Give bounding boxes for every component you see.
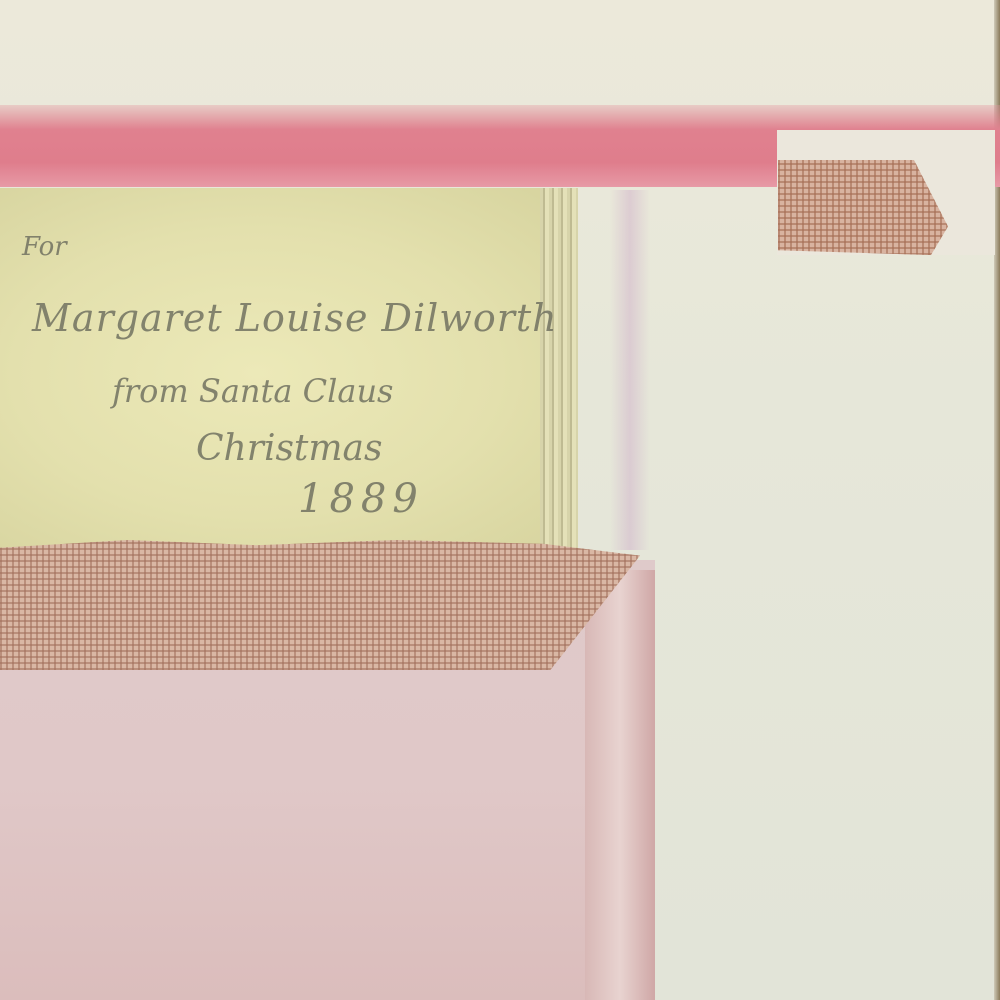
inscription-for: For	[22, 232, 67, 262]
inscription-from: from Santa Claus	[112, 372, 393, 410]
inscription-name: Margaret Louise Dilworth	[32, 296, 558, 340]
label-torn-edge	[540, 188, 578, 558]
pink-stain	[610, 190, 650, 550]
gauze-strip	[0, 540, 640, 670]
inscription-christmas: Christmas	[196, 428, 382, 469]
inscription-year: 1889	[298, 476, 424, 522]
envelope-edge	[585, 570, 655, 1000]
